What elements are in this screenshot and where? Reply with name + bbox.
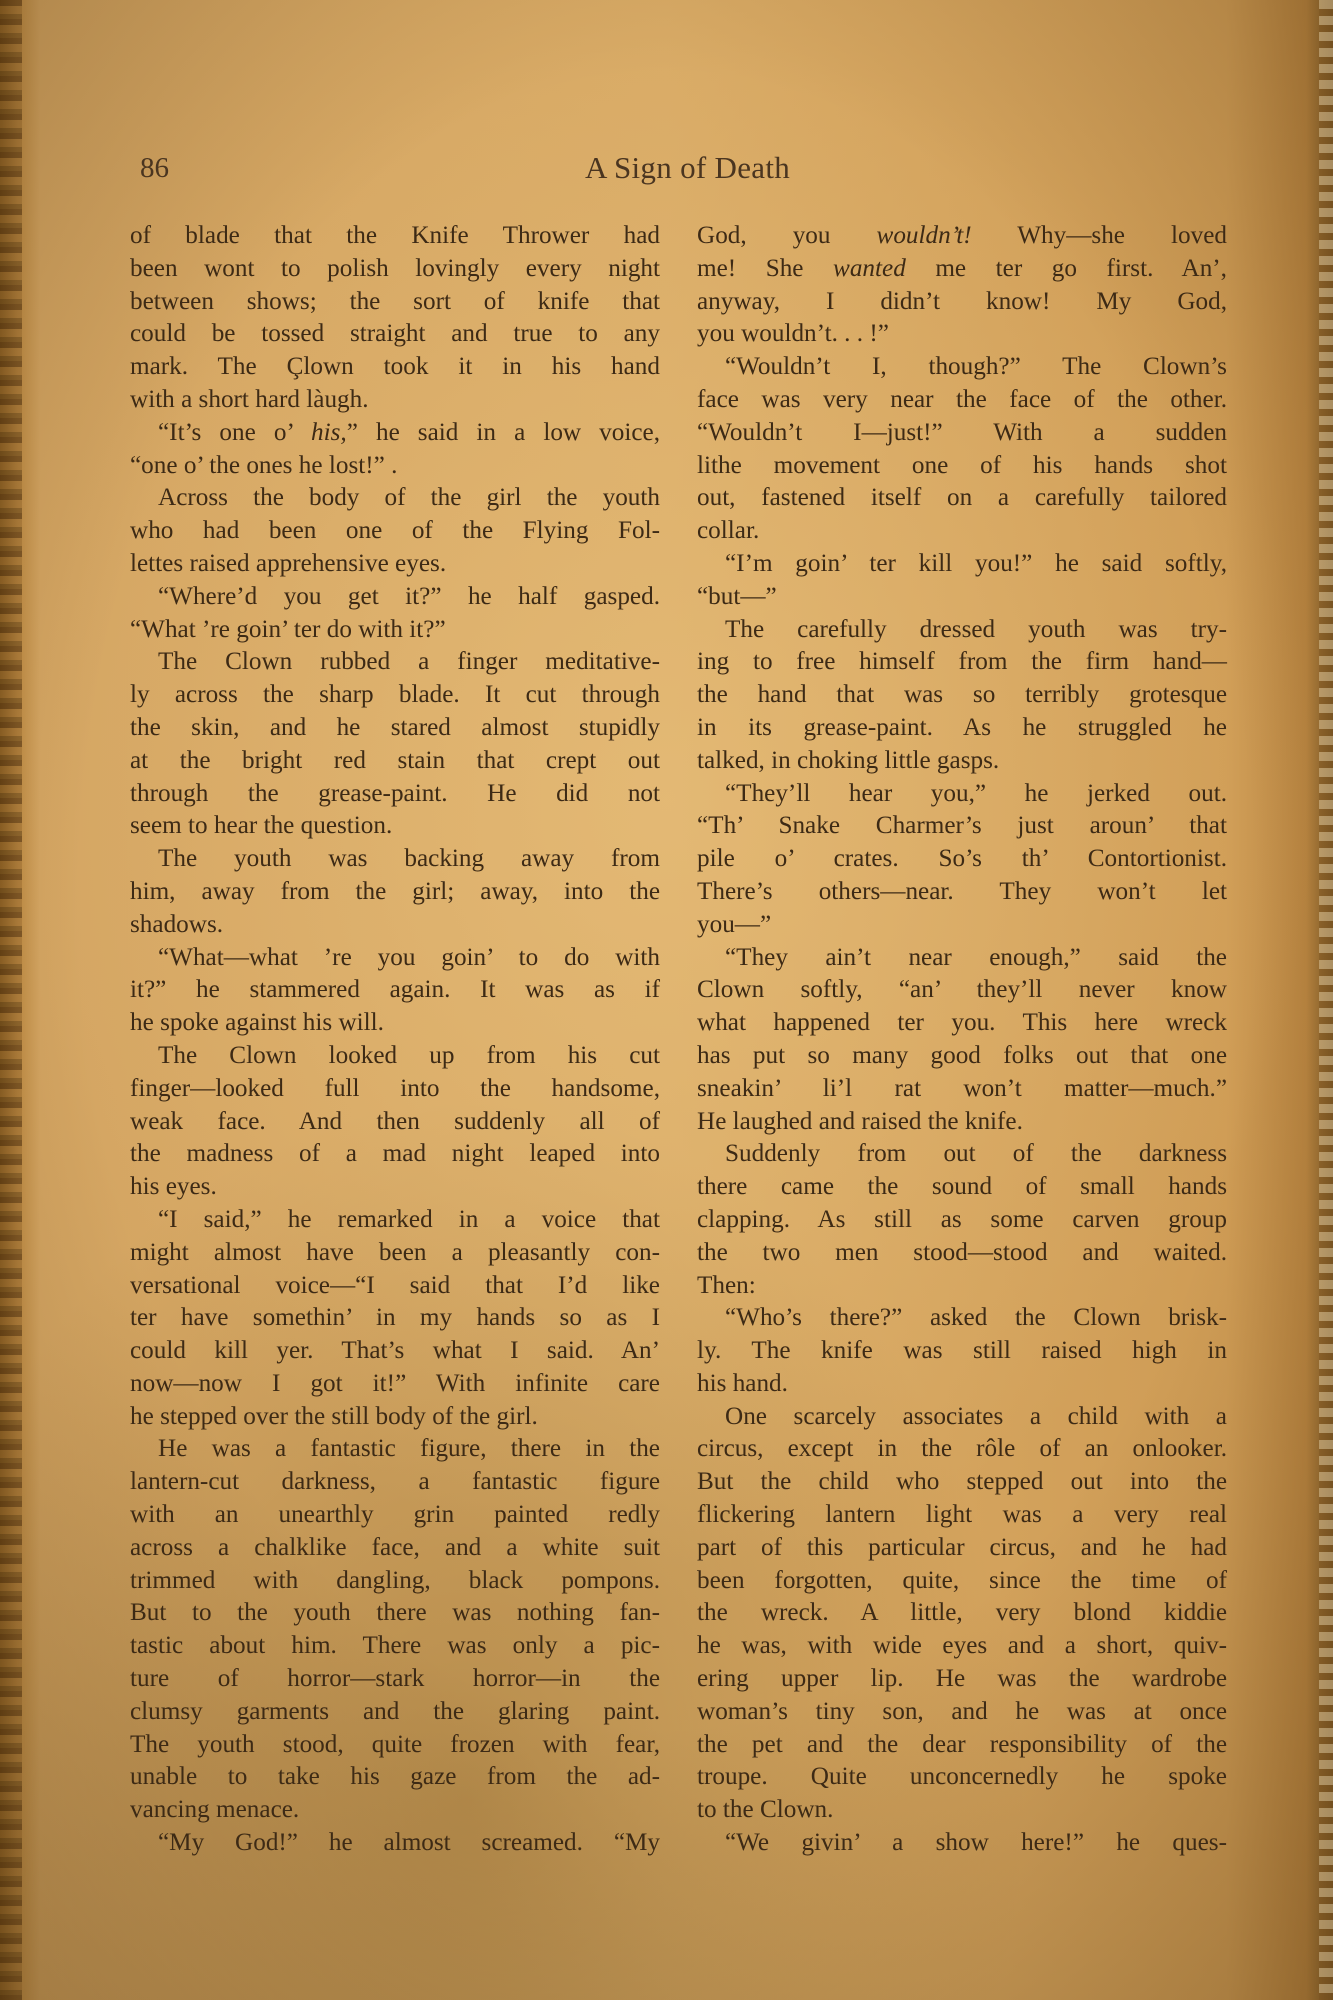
text-line: “Th’ Snake Charmer’s just aroun’ that [697, 810, 1227, 843]
text-line: circus, except in the rôle of an onlooke… [697, 1433, 1227, 1466]
text-line: But the child who stepped out into the [697, 1466, 1227, 1499]
text-line: the wreck. A little, very blond kiddie [697, 1597, 1227, 1630]
text-line: trimmed with dangling, black pompons. [130, 1565, 660, 1598]
running-head: 86 A Sign of Death [140, 152, 1235, 192]
text-line: in its grease-paint. As he struggled he [697, 712, 1227, 745]
text-line: seem to hear the question. [130, 810, 660, 843]
text-line: with an unearthly grin painted redly [130, 1499, 660, 1532]
text-line: “What ’re goin’ ter do with it?” [130, 614, 660, 647]
text-line: The Clown looked up from his cut [130, 1040, 660, 1073]
text-line: “I said,” he remarked in a voice that [130, 1204, 660, 1237]
text-line: part of this particular circus, and he h… [697, 1532, 1227, 1565]
text-line: woman’s tiny son, and he was at once [697, 1696, 1227, 1729]
text-line: anyway, I didn’t know! My God, [697, 286, 1227, 319]
text-line: “Where’d you get it?” he half gasped. [130, 581, 660, 614]
text-line: his eyes. [130, 1171, 660, 1204]
text-line: ing to free himself from the firm hand— [697, 646, 1227, 679]
text-line: what happened ter you. This here wreck [697, 1007, 1227, 1040]
text-line: might almost have been a pleasantly con- [130, 1237, 660, 1270]
right-text-column: God, you wouldn’t! Why—she lovedme! She … [697, 220, 1227, 1860]
text-line: out, fastened itself on a carefully tail… [697, 482, 1227, 515]
text-line: One scarcely associates a child with a [697, 1401, 1227, 1434]
text-line: vancing menace. [130, 1794, 660, 1827]
text-line: “It’s one o’ his,” he said in a low voic… [130, 417, 660, 450]
text-line: ly across the sharp blade. It cut throug… [130, 679, 660, 712]
text-line: Across the body of the girl the youth [130, 482, 660, 515]
text-line: clumsy garments and the glaring paint. [130, 1696, 660, 1729]
text-line: Suddenly from out of the darkness [697, 1138, 1227, 1171]
text-line: his hand. [697, 1368, 1227, 1401]
text-line: “but—” [697, 581, 1227, 614]
text-line: the madness of a mad night leaped into [130, 1138, 660, 1171]
text-line: now—now I got it!” With infinite care [130, 1368, 660, 1401]
text-line: to the Clown. [697, 1794, 1227, 1827]
text-line: could kill yer. That’s what I said. An’ [130, 1335, 660, 1368]
text-line: me! She wanted me ter go first. An’, [697, 253, 1227, 286]
text-line: Clown softly, “an’ they’ll never know [697, 974, 1227, 1007]
text-line: mark. The Çlown took it in his hand [130, 351, 660, 384]
text-line: who had been one of the Flying Fol- [130, 515, 660, 548]
text-line: of blade that the Knife Thrower had [130, 220, 660, 253]
running-title: A Sign of Death [140, 150, 1235, 186]
text-line: “I’m goin’ ter kill you!” he said softly… [697, 548, 1227, 581]
text-line: ter have somethin’ in my hands so as I [130, 1302, 660, 1335]
text-line: ering upper lip. He was the wardrobe [697, 1663, 1227, 1696]
text-line: him, away from the girl; away, into the [130, 876, 660, 909]
text-line: finger—looked full into the handsome, [130, 1073, 660, 1106]
text-line: The youth was backing away from [130, 843, 660, 876]
text-line: “They’ll hear you,” he jerked out. [697, 778, 1227, 811]
text-line: He laughed and raised the knife. [697, 1106, 1227, 1139]
text-line: pile o’ crates. So’s th’ Contortionist. [697, 843, 1227, 876]
text-line: there came the sound of small hands [697, 1171, 1227, 1204]
text-line: sneakin’ li’l rat won’t matter—much.” [697, 1073, 1227, 1106]
text-line: ture of horror—stark horror—in the [130, 1663, 660, 1696]
text-line: the two men stood—stood and waited. [697, 1237, 1227, 1270]
text-line: collar. [697, 515, 1227, 548]
text-line: it?” he stammered again. It was as if [130, 974, 660, 1007]
text-line: “Wouldn’t I, though?” The Clown’s [697, 351, 1227, 384]
text-line: “They ain’t near enough,” said the [697, 942, 1227, 975]
text-line: “My God!” he almost screamed. “My [130, 1827, 660, 1860]
text-line: “What—what ’re you goin’ to do with [130, 942, 660, 975]
text-line: at the bright red stain that crept out [130, 745, 660, 778]
left-text-column: of blade that the Knife Thrower hadbeen … [130, 220, 660, 1860]
text-line: has put so many good folks out that one [697, 1040, 1227, 1073]
text-line: lettes raised apprehensive eyes. [130, 548, 660, 581]
text-line: “Wouldn’t I—just!” With a sudden [697, 417, 1227, 450]
text-line: tastic about him. There was only a pic- [130, 1630, 660, 1663]
text-line: clapping. As still as some carven group [697, 1204, 1227, 1237]
text-line: the pet and the dear responsibility of t… [697, 1729, 1227, 1762]
text-line: face was very near the face of the other… [697, 384, 1227, 417]
text-line: God, you wouldn’t! Why—she loved [697, 220, 1227, 253]
text-line: But to the youth there was nothing fan- [130, 1597, 660, 1630]
text-line: The youth stood, quite frozen with fear, [130, 1729, 660, 1762]
text-line: There’s others—near. They won’t let [697, 876, 1227, 909]
text-line: he was, with wide eyes and a short, quiv… [697, 1630, 1227, 1663]
text-line: the skin, and he stared almost stupidly [130, 712, 660, 745]
text-line: across a chalklike face, and a white sui… [130, 1532, 660, 1565]
text-line: with a short hard làugh. [130, 384, 660, 417]
text-line: lithe movement one of his hands shot [697, 450, 1227, 483]
book-page: 86 A Sign of Death of blade that the Kni… [0, 0, 1333, 2000]
text-line: The Clown rubbed a finger meditative- [130, 646, 660, 679]
text-line: could be tossed straight and true to any [130, 318, 660, 351]
text-line: between shows; the sort of knife that [130, 286, 660, 319]
text-line: versational voice—“I said that I’d like [130, 1270, 660, 1303]
text-line: The carefully dressed youth was try- [697, 614, 1227, 647]
text-line: troupe. Quite unconcernedly he spoke [697, 1761, 1227, 1794]
text-line: “Who’s there?” asked the Clown brisk- [697, 1302, 1227, 1335]
text-line: weak face. And then suddenly all of [130, 1106, 660, 1139]
text-line: he spoke against his will. [130, 1007, 660, 1040]
text-line: flickering lantern light was a very real [697, 1499, 1227, 1532]
text-line: unable to take his gaze from the ad- [130, 1761, 660, 1794]
text-line: you—” [697, 909, 1227, 942]
text-line: been forgotten, quite, since the time of [697, 1565, 1227, 1598]
text-line: through the grease-paint. He did not [130, 778, 660, 811]
text-line: the hand that was so terribly grotesque [697, 679, 1227, 712]
text-line: talked, in choking little gasps. [697, 745, 1227, 778]
text-line: lantern-cut darkness, a fantastic figure [130, 1466, 660, 1499]
text-line: ly. The knife was still raised high in [697, 1335, 1227, 1368]
text-line: He was a fantastic figure, there in the [130, 1433, 660, 1466]
text-line: he stepped over the still body of the gi… [130, 1401, 660, 1434]
text-line: Then: [697, 1270, 1227, 1303]
text-line: you wouldn’t. . . !” [697, 318, 1227, 351]
text-line: shadows. [130, 909, 660, 942]
text-line: “one o’ the ones he lost!” . [130, 450, 660, 483]
text-line: been wont to polish lovingly every night [130, 253, 660, 286]
text-line: “We givin’ a show here!” he ques- [697, 1827, 1227, 1860]
